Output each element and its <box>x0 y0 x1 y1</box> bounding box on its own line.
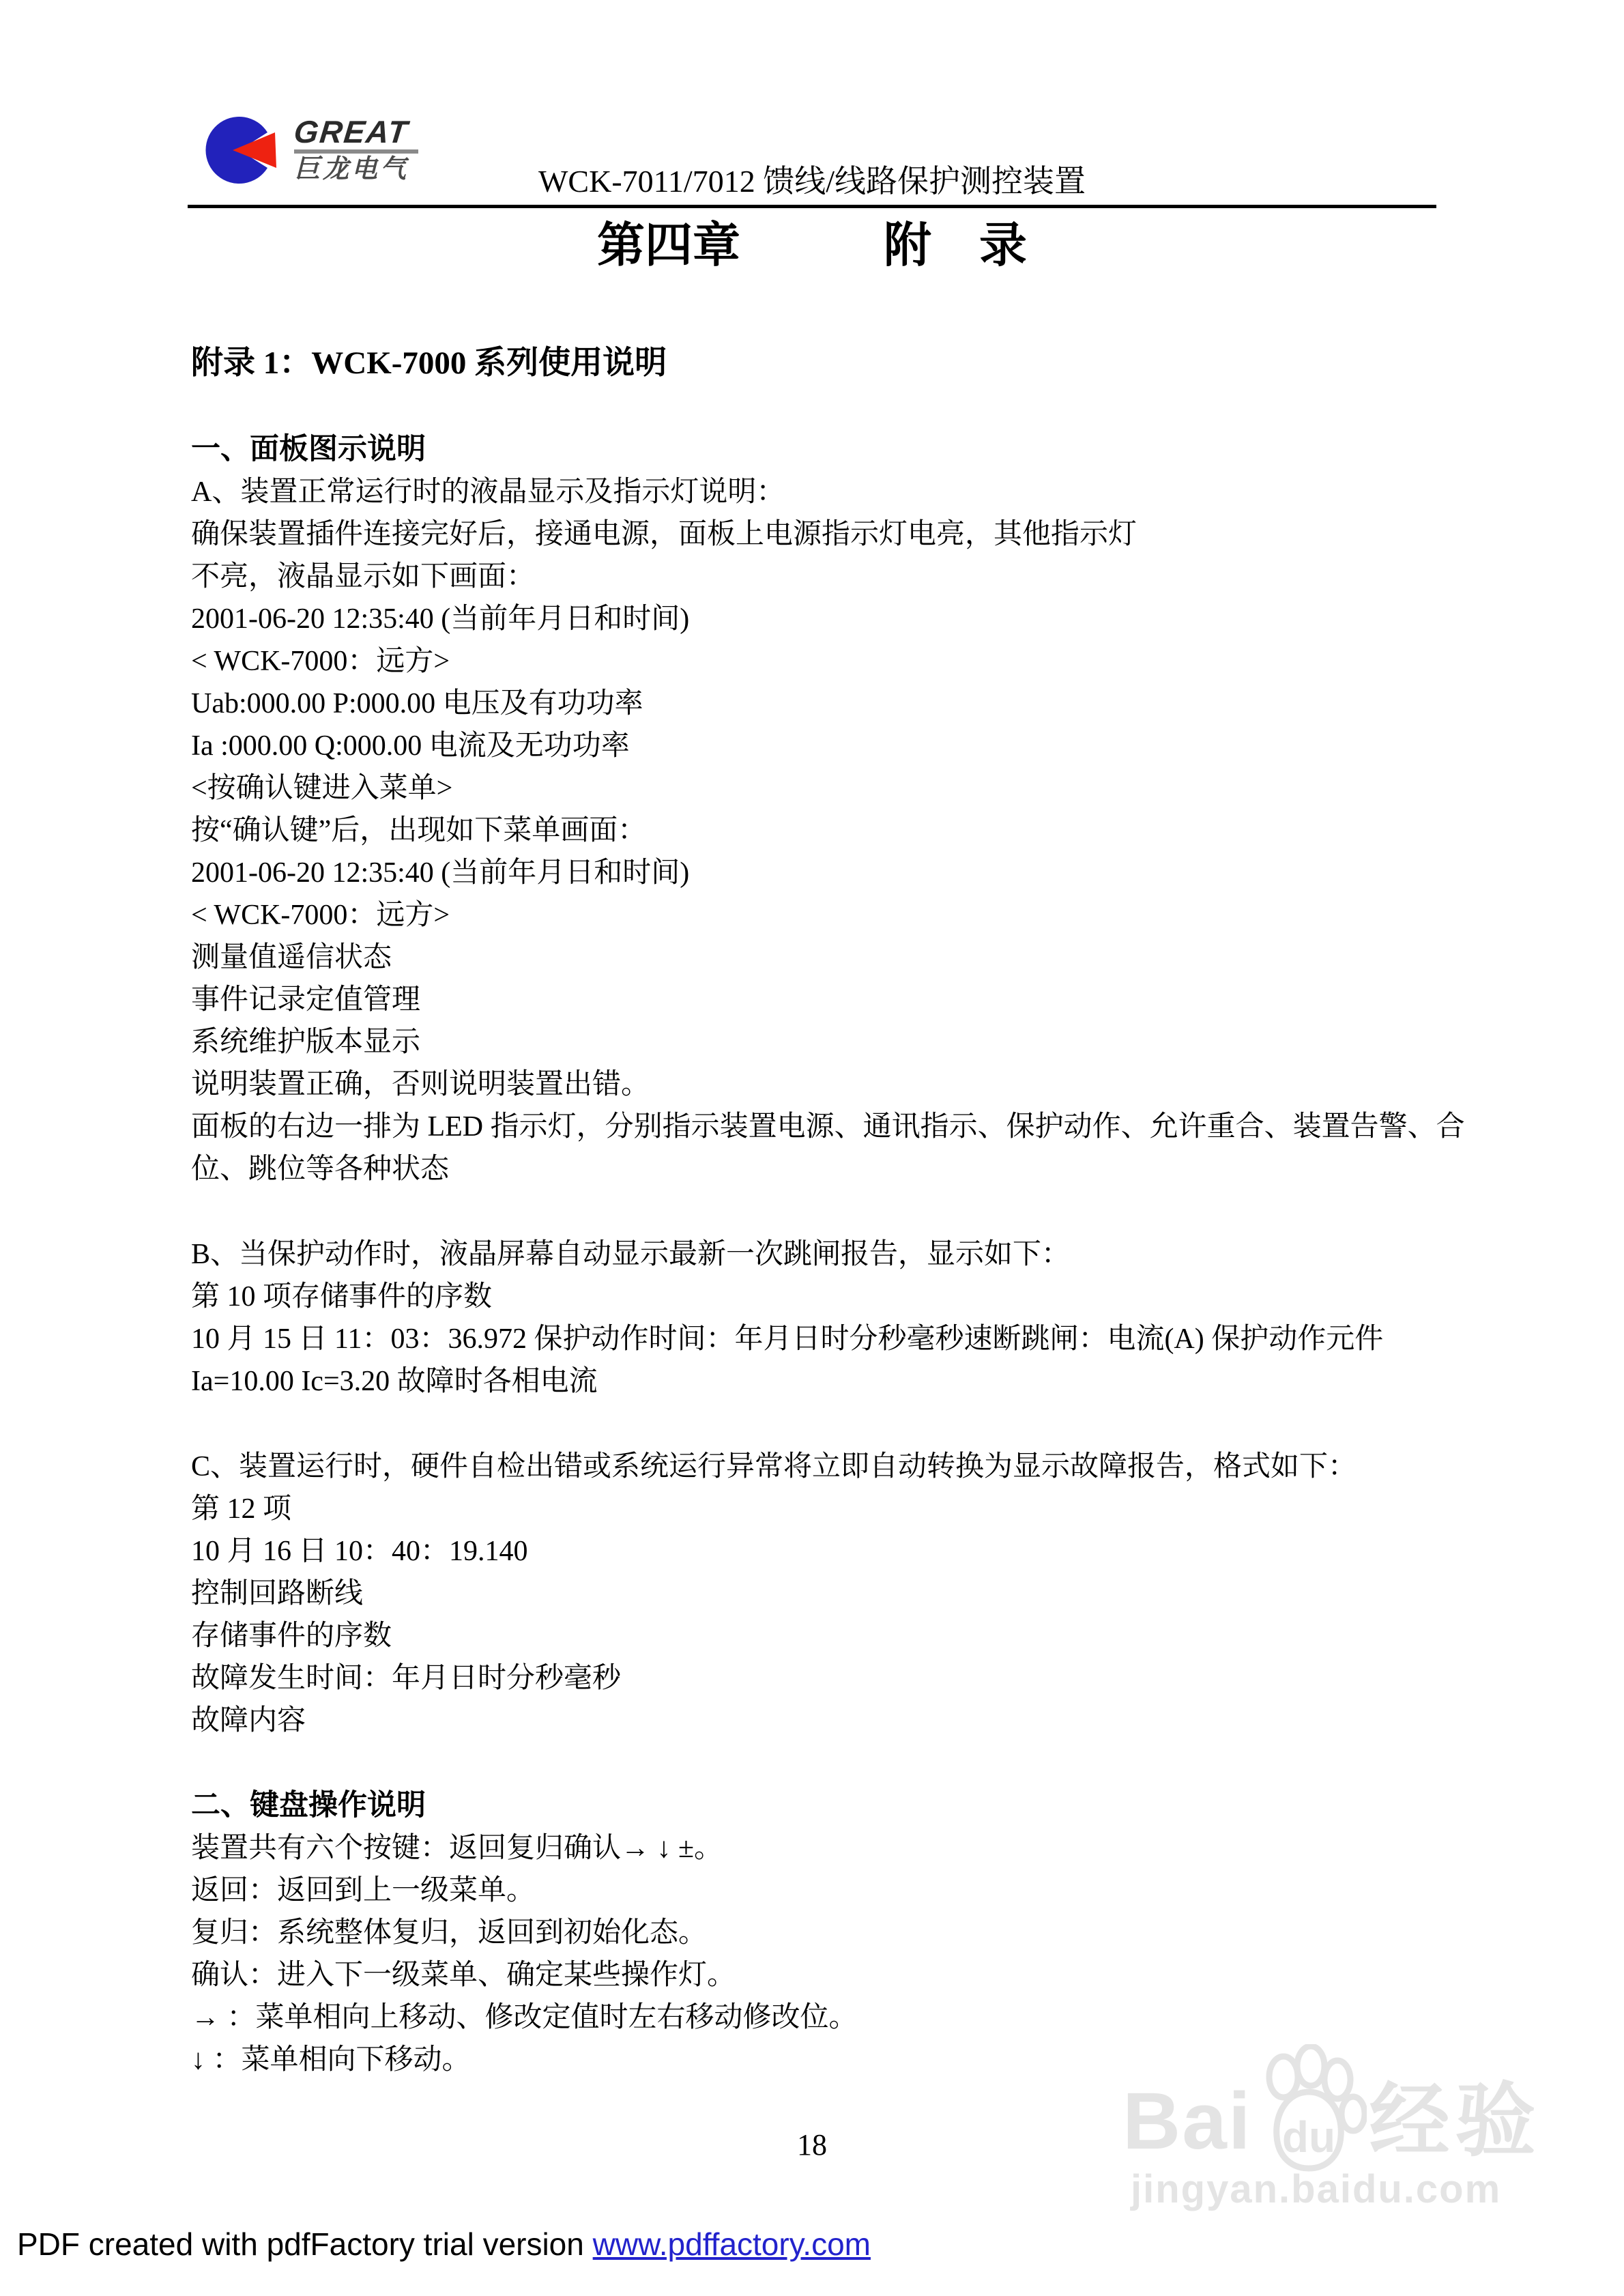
body-line: 返回：返回到上一级菜单。 <box>191 1869 1447 1912</box>
body-line: 系统维护版本显示 <box>191 1021 1447 1063</box>
body-line: 存储事件的序数 <box>191 1615 1447 1657</box>
chapter-title: 第四章 附 录 <box>0 220 1624 273</box>
pdffactory-link[interactable]: www.pdffactory.com <box>593 2226 871 2262</box>
body-line: 位、跳位等各种状态 <box>191 1148 1447 1190</box>
body-line: 第 12 项 <box>191 1488 1447 1530</box>
body-line: 面板的右边一排为 LED 指示灯，分别指示装置电源、通讯指示、保护动作、允许重合… <box>191 1106 1447 1148</box>
blank-line <box>191 1742 1447 1785</box>
body-line: 2001-06-20 12:35:40 (当前年月日和时间) <box>191 598 1447 640</box>
blank-line <box>191 386 1447 429</box>
body-line: 10 月 16 日 10：40：19.140 <box>191 1530 1447 1573</box>
body-line: C、装置运行时，硬件自检出错或系统运行异常将立即自动转换为显示故障报告，格式如下… <box>191 1446 1447 1488</box>
body-line: 复归：系统整体复归，返回到初始化态。 <box>191 1912 1447 1954</box>
body-line: B、当保护动作时，液晶屏幕自动显示最新一次跳闸报告，显示如下： <box>191 1233 1447 1276</box>
body-line: < WCK-7000：远方> <box>191 894 1447 936</box>
body-line: 事件记录定值管理 <box>191 979 1447 1021</box>
body-line: 10 月 15 日 11：03：36.972 保护动作时间：年月日时分秒毫秒速断… <box>191 1318 1447 1360</box>
blank-line <box>191 1190 1447 1233</box>
body-line: 控制回路断线 <box>191 1573 1447 1615</box>
body-line: 第 10 项存储事件的序数 <box>191 1276 1447 1318</box>
body-line: 故障内容 <box>191 1699 1447 1742</box>
watermark-url: jingyan.baidu.com <box>1131 2166 1614 2213</box>
body-line: 不亮，液晶显示如下画面： <box>191 556 1447 598</box>
body-line: 说明装置正确，否则说明装置出错。 <box>191 1063 1447 1106</box>
body-line: 确保装置插件连接完好后，接通电源，面板上电源指示灯电亮，其他指示灯 <box>191 513 1447 556</box>
header-divider <box>188 205 1436 208</box>
blank-line <box>191 1403 1447 1446</box>
appendix-heading: 附录 1：WCK-7000 系列使用说明 <box>191 341 1447 386</box>
body-line: 按“确认键”后，出现如下菜单画面： <box>191 809 1447 852</box>
section-heading-keyboard: 二、键盘操作说明 <box>191 1785 1447 1827</box>
page-number: 18 <box>0 2128 1624 2162</box>
body-line: <按确认键进入菜单> <box>191 767 1447 809</box>
body-line: Ia :000.00 Q:000.00 电流及无功功率 <box>191 725 1447 767</box>
body-line: 确认：进入下一级菜单、确定某些操作灯。 <box>191 1954 1447 1996</box>
logo-underline <box>294 149 418 154</box>
page-content: 附录 1：WCK-7000 系列使用说明 一、面板图示说明 A、装置正常运行时的… <box>191 341 1447 2081</box>
document-header-title: WCK-7011/7012 馈线/线路保护测控装置 <box>0 164 1624 199</box>
body-line: 装置共有六个按键：返回复归确认→ ↓ ±。 <box>191 1827 1447 1869</box>
body-line: 2001-06-20 12:35:40 (当前年月日和时间) <box>191 852 1447 894</box>
body-line: < WCK-7000：远方> <box>191 640 1447 683</box>
body-line: → ：菜单相向上移动、修改定值时左右移动修改位。 <box>191 1996 1447 2039</box>
logo-brand-name: GREAT <box>293 116 420 147</box>
body-line: Uab:000.00 P:000.00 电压及有功功率 <box>191 683 1447 725</box>
body-line: A、装置正常运行时的液晶显示及指示灯说明： <box>191 471 1447 513</box>
body-line: 故障发生时间：年月日时分秒毫秒 <box>191 1657 1447 1699</box>
pdf-notice-text: PDF created with pdfFactory trial versio… <box>17 2226 593 2262</box>
body-line: Ia=10.00 Ic=3.20 故障时各相电流 <box>191 1360 1447 1403</box>
section-heading-panel: 一、面板图示说明 <box>191 429 1447 471</box>
pdf-creation-notice: PDF created with pdfFactory trial versio… <box>17 2226 871 2262</box>
body-line: 测量值遥信状态 <box>191 936 1447 979</box>
